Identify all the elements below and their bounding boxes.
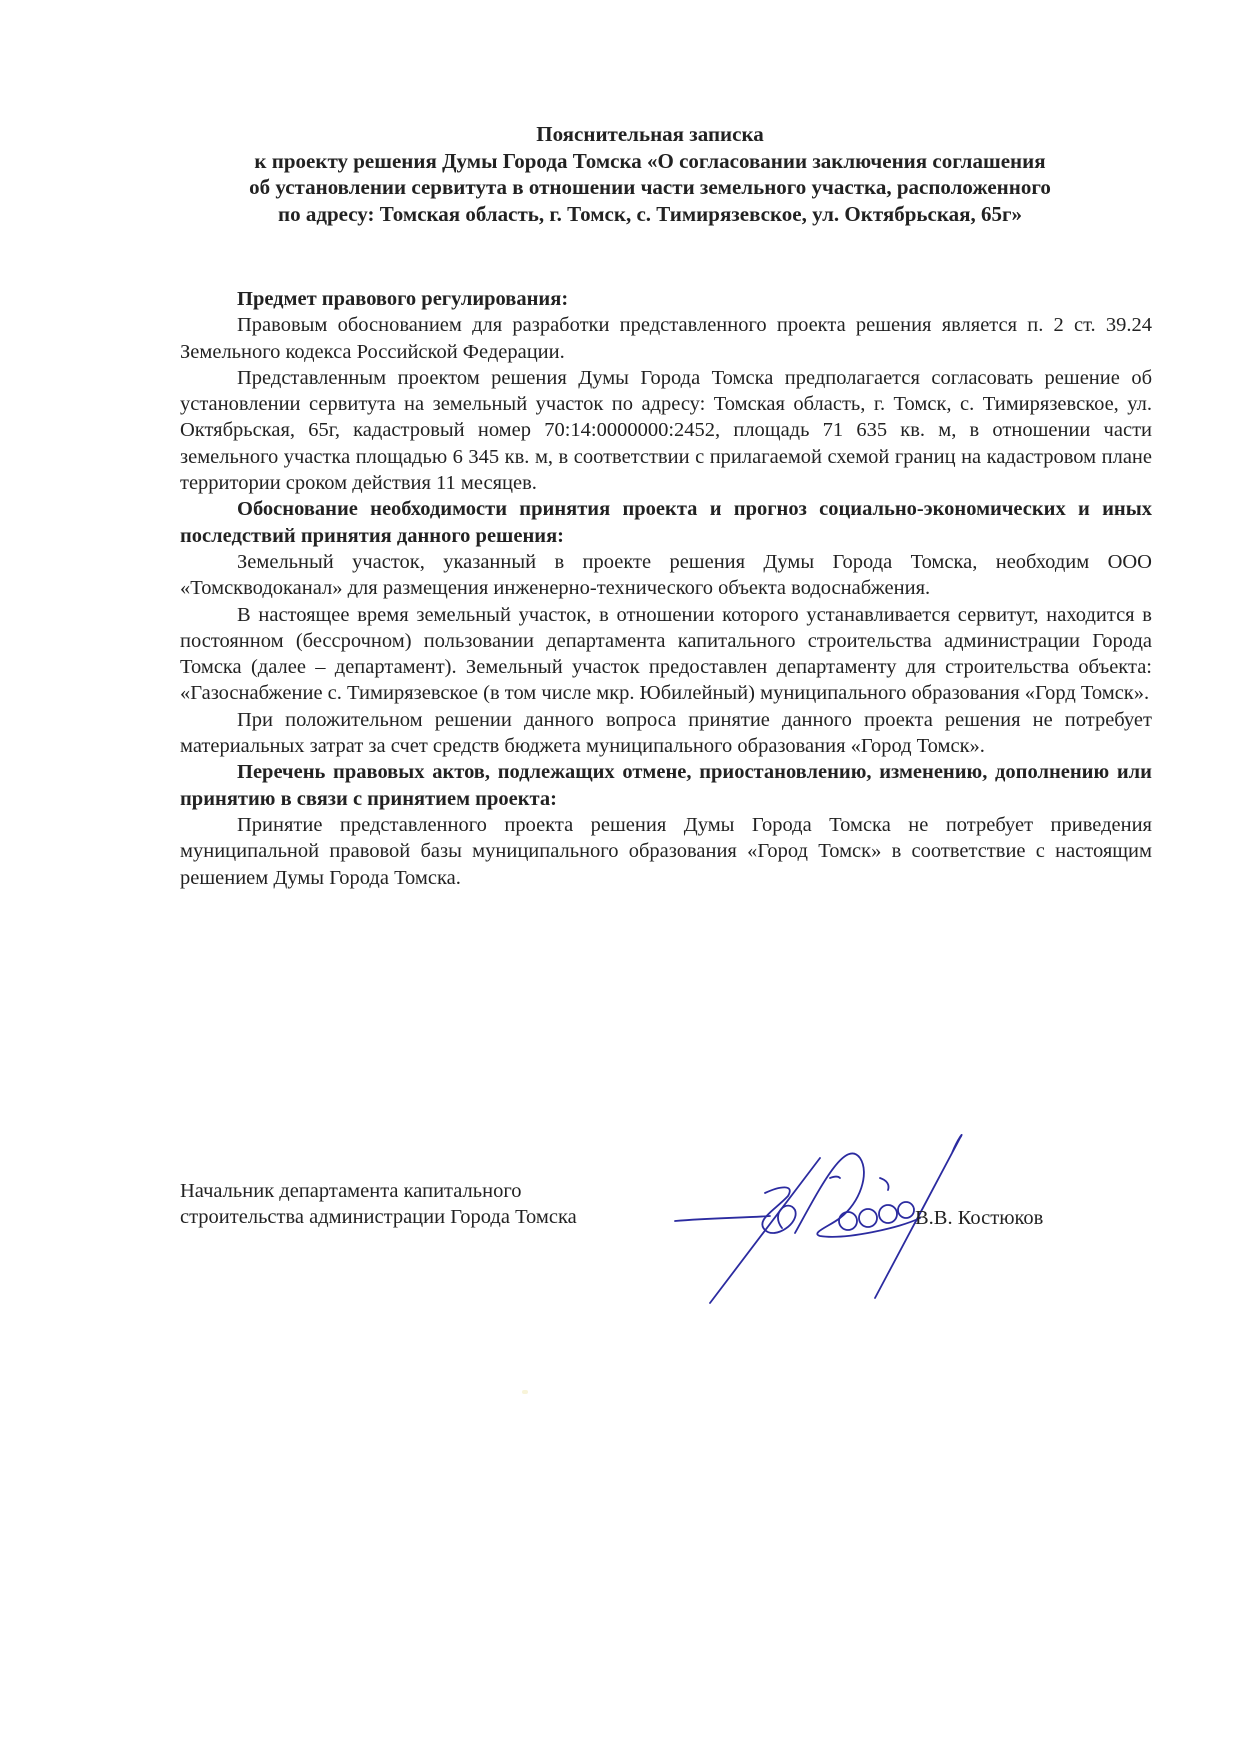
title-line: об установлении сервитута в отношении ча… — [150, 174, 1150, 201]
section-heading: Обоснование необходимости принятия проек… — [180, 496, 1152, 549]
title-line: по адресу: Томская область, г. Томск, с.… — [150, 201, 1150, 228]
paragraph: Земельный участок, указанный в проекте р… — [180, 549, 1152, 602]
title-line: Пояснительная записка — [150, 121, 1150, 148]
scan-artifact — [522, 1390, 528, 1394]
title-line: к проекту решения Думы Города Томска «О … — [150, 148, 1150, 175]
signatory-position: Начальник департамента капитального стро… — [180, 1178, 577, 1230]
paragraph: Принятие представленного проекта решения… — [180, 812, 1152, 891]
document-title: Пояснительная записка к проекту решения … — [150, 121, 1150, 227]
document-body: Предмет правового регулирования: Правовы… — [180, 286, 1152, 891]
document-page: Пояснительная записка к проекту решения … — [0, 0, 1240, 1753]
section-heading: Предмет правового регулирования: — [180, 286, 1152, 312]
signature-block: Начальник департамента капитального стро… — [180, 1178, 1160, 1338]
section-heading: Перечень правовых актов, подлежащих отме… — [180, 759, 1152, 812]
signatory-name: В.В. Костюков — [915, 1205, 1043, 1231]
paragraph: В настоящее время земельный участок, в о… — [180, 602, 1152, 707]
position-line: строительства администрации Города Томск… — [180, 1204, 577, 1230]
paragraph: При положительном решении данного вопрос… — [180, 707, 1152, 760]
paragraph: Правовым обоснованием для разработки пре… — [180, 312, 1152, 365]
position-line: Начальник департамента капитального — [180, 1178, 577, 1204]
paragraph: Представленным проектом решения Думы Гор… — [180, 365, 1152, 496]
